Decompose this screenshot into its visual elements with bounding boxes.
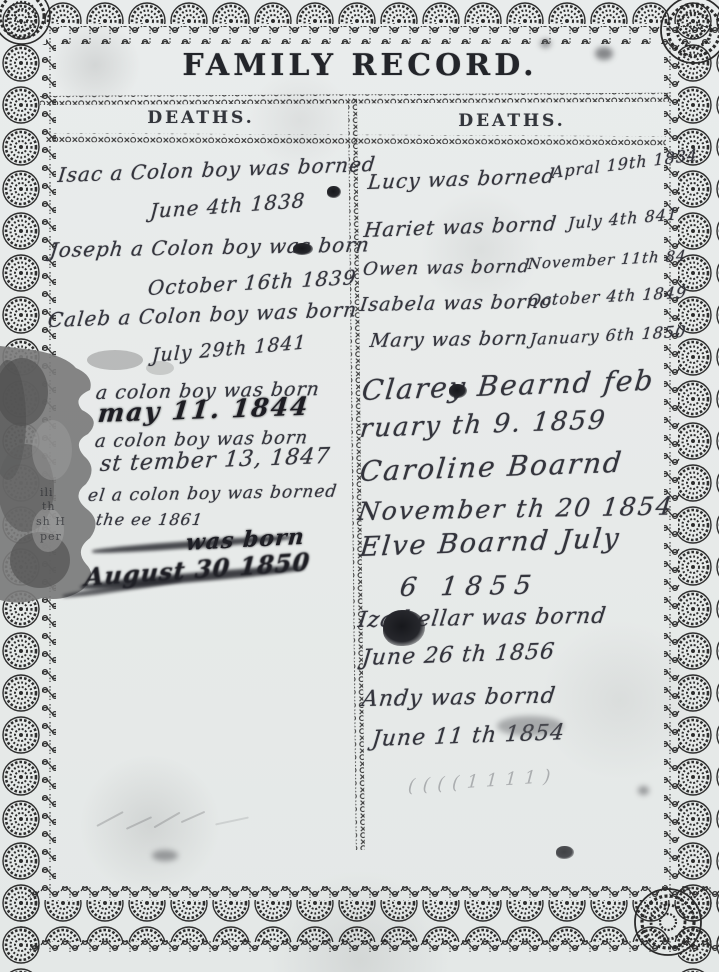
record-entry-line: may 11. 1844	[96, 392, 311, 429]
record-entry-line: Caleb a Colon boy was born	[47, 297, 359, 332]
pencil-scratch	[154, 812, 181, 829]
pencil-scratch	[96, 811, 123, 827]
record-entry-line: January 6th 1850	[529, 322, 687, 349]
record-entry-line: ruary th 9. 1859	[358, 405, 608, 444]
record-entry-line: el a colon boy was borned	[87, 482, 339, 506]
ink-smudge	[497, 716, 563, 736]
right-column-header: DEATHS.	[362, 111, 662, 131]
record-text-layer: FAMILY RECORD. DEATHS. DEATHS. Isac a Co…	[0, 0, 719, 972]
record-entry-line: Elve Boarnd July	[358, 523, 622, 563]
record-entry-line: Clarey Bearnd feb	[360, 364, 656, 407]
bleed-through-text: sh H	[36, 515, 66, 528]
left-column-header: DEATHS.	[56, 108, 346, 128]
record-entry-line: Joseph a Colon boy was born	[49, 232, 372, 262]
record-entry-line: Isac a Colon boy was borned	[57, 152, 377, 187]
record-entry-line: the ee 1861	[95, 510, 205, 529]
pencil-scratch	[126, 816, 152, 830]
bleed-through-text: th	[42, 500, 56, 513]
family-record-scanned-page: FAMILY RECORD. DEATHS. DEATHS. Isac a Co…	[0, 0, 719, 972]
record-entry-line: July 29th 1841	[151, 331, 307, 367]
record-entry-line: July 4th 841	[567, 204, 678, 233]
record-entry-line: Lucy was borned	[367, 163, 557, 194]
bleed-through-text: ili	[40, 486, 54, 499]
ink-smudge	[638, 786, 649, 795]
record-entry-line: November th 20 1854	[356, 491, 675, 526]
record-entry-line: June 4th 1838	[149, 188, 306, 223]
faint-pencil-marks: ( ( ( ( 1 1 1 1 )	[407, 766, 552, 797]
pencil-scratch	[181, 811, 206, 823]
ink-blot	[327, 186, 341, 198]
record-entry-line: Apral 19th 1834	[552, 145, 698, 182]
record-entry-line: October 4th 1849	[527, 283, 688, 310]
record-entry-line: June 26 th 1856	[361, 639, 557, 671]
record-entry-line: Hariet was bornd	[363, 211, 559, 242]
ink-smudge	[540, 39, 551, 48]
ink-smudge	[595, 47, 613, 60]
record-entry-line: Isabela was borno	[359, 291, 554, 316]
record-entry-line: October 16th 1839	[147, 265, 358, 300]
ink-smudge	[152, 850, 178, 861]
record-entry-line: 6 1855	[398, 571, 541, 603]
record-entry-line: Andy was bornd	[360, 684, 557, 712]
record-entry-line: Mary was born	[369, 327, 530, 352]
record-entry-line: Owen was bornd	[362, 256, 532, 280]
pencil-scratch	[215, 816, 249, 825]
bleed-through-text: per	[40, 530, 62, 543]
page-title: FAMILY RECORD.	[60, 48, 660, 83]
record-entry-line: November 11th 84	[527, 247, 687, 273]
record-entry-line: Caroline Boarnd	[358, 446, 625, 488]
